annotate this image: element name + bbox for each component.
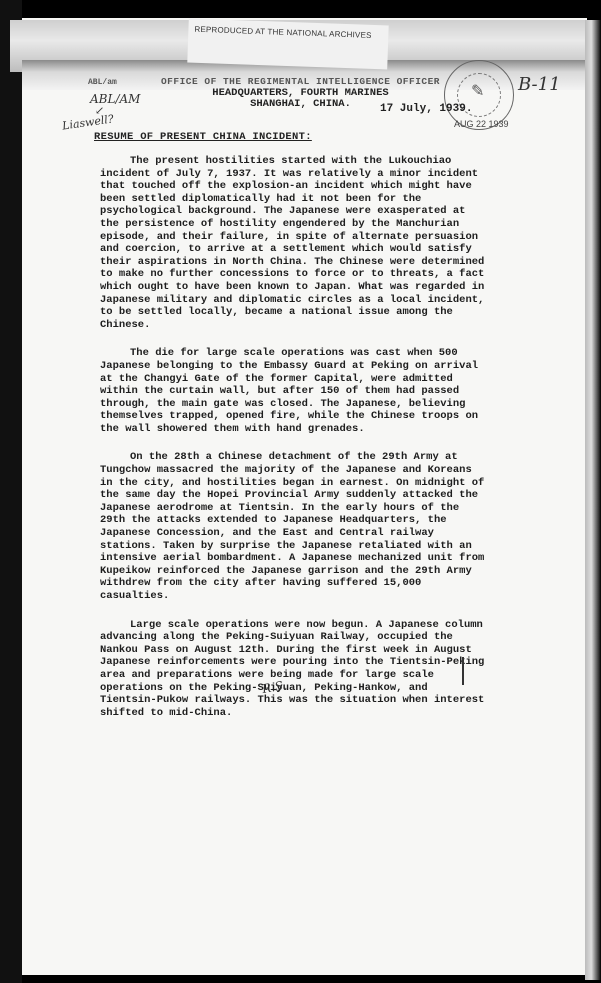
document-title: RESUME OF PRESENT CHINA INCIDENT: bbox=[94, 131, 312, 143]
paragraph: The present hostilities started with the… bbox=[100, 155, 485, 331]
handwritten-file-mark: B-11 bbox=[518, 74, 561, 95]
scan-border-left bbox=[0, 0, 22, 983]
margin-mark bbox=[462, 657, 464, 685]
paragraph: Large scale operations were now begun. A… bbox=[100, 619, 485, 720]
document-date: 17 July, 1939. bbox=[380, 103, 472, 115]
paragraph: On the 28th a Chinese detachment of the … bbox=[100, 451, 485, 602]
received-date-stamp: AUG 22 1939 bbox=[454, 119, 509, 129]
stamp-pen-icon: ✎ bbox=[471, 81, 484, 100]
paragraph: The die for large scale operations was c… bbox=[100, 347, 485, 435]
scan-border-right bbox=[585, 20, 601, 980]
document-body: The present hostilities started with the… bbox=[100, 155, 485, 735]
archive-label: REPRODUCED AT THE NATIONAL ARCHIVES bbox=[187, 19, 388, 70]
